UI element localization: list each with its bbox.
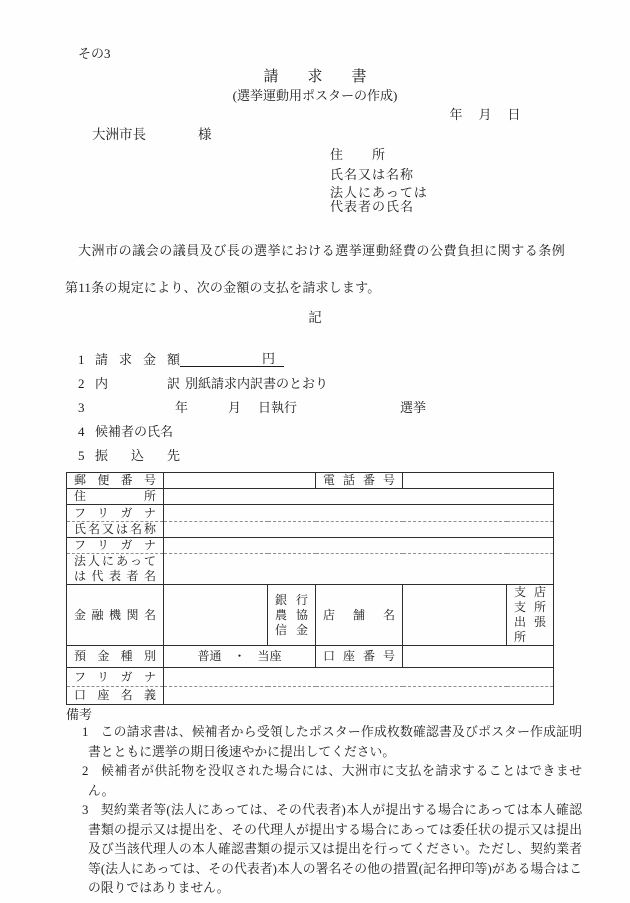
document-page: その3 請求書 (選挙運動用ポスターの作成) 年 月 日 大洲市長様 住 所 氏… <box>0 0 630 903</box>
item-breakdown: 2内訳別紙請求内訳書のとおり <box>78 376 565 391</box>
note-text: 契約業者等(法人にあっては、その代表者)本人が提出する場合にあっては本人確認書類… <box>88 803 582 895</box>
amount-blank-line: 円 <box>180 351 284 367</box>
corp-label-cell: 法人にあって は代表者名 <box>67 554 164 585</box>
page-label: その3 <box>78 46 565 62</box>
table-row-furigana-corp: フリガナ <box>67 538 554 554</box>
note-text: 候補者が供託物を没収された場合には、大洲市に支払を請求することはできません。 <box>88 764 582 798</box>
item-number: 3 <box>78 400 95 415</box>
remarks-title: 備考 <box>66 707 565 723</box>
sender-corp-label: 法人にあっては 代表者の氏名 <box>330 186 565 214</box>
table-row-address: 住所 <box>67 489 554 505</box>
branch-type-shisho: 支所 <box>514 600 546 615</box>
branch-label-cell: 店舗名 <box>316 585 403 646</box>
note-number: 3 <box>82 803 88 817</box>
table-row-postal-phone: 郵便番号 電話番号 <box>67 473 554 489</box>
account-no-label-cell: 口座番号 <box>316 646 403 668</box>
branch-type-cell: 支店 支所 出張所 <box>507 585 554 646</box>
addressee-name: 大洲市長 <box>92 127 146 142</box>
addressee-honorific: 様 <box>198 127 212 142</box>
address-label-cell: 住所 <box>67 489 164 505</box>
bank-name-value-cell <box>164 585 268 646</box>
bank-type-nokyo: 農協 <box>275 608 308 623</box>
account-name-value-cell <box>164 687 554 705</box>
remark-note-1: 1この請求書は、候補者から受領したポスター作成枚数確認書及びポスター作成証明書と… <box>82 723 582 762</box>
table-row-furigana-name: フリガナ <box>67 505 554 522</box>
furigana-label-cell: フリガナ <box>67 505 164 522</box>
table-row-furigana-account: フリガナ <box>67 668 554 687</box>
document-title: 請求書 <box>65 68 565 86</box>
document-subtitle: (選挙運動用ポスターの作成) <box>65 88 565 104</box>
phone-value-cell <box>403 473 554 489</box>
item-number: 2 <box>78 376 95 391</box>
address-value-cell <box>164 489 554 505</box>
item-breakdown-label: 内訳 <box>95 376 180 391</box>
item-election-date: 3年月日執行選挙 <box>78 400 565 415</box>
corp-label-line2: は代表者名 <box>74 569 156 584</box>
furigana-corp-label-cell: フリガナ <box>67 538 164 554</box>
phone-label-cell: 電話番号 <box>316 473 403 489</box>
bank-type-shinkin: 信金 <box>275 623 308 638</box>
remarks-section: 備考 1この請求書は、候補者から受領したポスター作成枚数確認書及びポスター作成証… <box>65 707 565 899</box>
item-breakdown-value: 別紙請求内訳書のとおり <box>185 376 328 391</box>
note-number: 1 <box>82 725 88 739</box>
item-transfer-label: 振込先 <box>95 448 180 463</box>
bank-label-cell: 金融機関名 <box>67 585 164 646</box>
sender-field-block: 住 所 氏名又は名称 法人にあっては 代表者の氏名 <box>330 146 565 214</box>
account-name-label-cell: 口座名義 <box>67 687 164 705</box>
sender-corp-label-line2: 代表者の氏名 <box>330 200 565 214</box>
bank-type-cell: 銀行 農協 信金 <box>268 585 316 646</box>
postal-value-cell <box>164 473 316 489</box>
item-amount: 1請求金額円 <box>78 351 565 367</box>
item-candidate: 4候補者の氏名 <box>78 424 565 439</box>
item-transfer: 5振込先 <box>78 448 565 463</box>
remark-note-2: 2候補者が供託物を没収された場合には、大洲市に支払を請求することはできません。 <box>82 762 582 801</box>
item-number: 5 <box>78 448 95 463</box>
table-row-name: 氏名又は名称 <box>67 522 554 538</box>
sender-address-label: 住 所 <box>330 146 565 163</box>
note-text: この請求書は、候補者から受領したポスター作成枚数確認書及びポスター作成証明書とと… <box>88 725 582 759</box>
postal-label-cell: 郵便番号 <box>67 473 164 489</box>
sender-name-label: 氏名又は名称 <box>330 166 565 183</box>
furigana-value-cell <box>164 505 554 522</box>
table-row-bank: 金融機関名 銀行 農協 信金 店舗名 支店 支所 出張所 <box>67 585 554 646</box>
corp-label-line1: 法人にあって <box>74 554 156 569</box>
corp-value-cell <box>164 554 554 585</box>
furigana2-label-cell: フリガナ <box>67 668 164 687</box>
body-paragraph: 大洲市の議会の議員及び長の選挙における選挙運動経費の公費負担に関する条例第11条… <box>65 232 565 306</box>
election-month-label: 月 <box>228 400 241 415</box>
item-amount-label: 請求金額 <box>95 352 180 367</box>
account-no-value-cell <box>403 646 554 668</box>
bank-type-bank: 銀行 <box>275 593 308 608</box>
item-candidate-label: 候補者の氏名 <box>95 424 173 439</box>
election-year-label: 年 <box>175 400 188 415</box>
branch-type-shiten: 支店 <box>514 585 546 600</box>
name-value-cell <box>164 522 554 538</box>
furigana-corp-value-cell <box>164 538 554 554</box>
addressee-line: 大洲市長様 <box>92 126 565 143</box>
item-number: 4 <box>78 424 95 439</box>
item-number: 1 <box>78 352 95 367</box>
election-day-label: 日執行 <box>258 400 297 415</box>
name-label-cell: 氏名又は名称 <box>67 522 164 538</box>
branch-name-value-cell <box>403 585 507 646</box>
ki-marker: 記 <box>65 310 565 326</box>
date-line: 年 月 日 <box>65 107 565 123</box>
table-row-corp-rep: 法人にあって は代表者名 <box>67 554 554 585</box>
sender-corp-label-line1: 法人にあっては <box>330 186 565 200</box>
deposit-label-cell: 預金種別 <box>67 646 164 668</box>
note-number: 2 <box>82 764 88 778</box>
item-list: 1請求金額円 2内訳別紙請求内訳書のとおり 3年月日執行選挙 4候補者の氏名 5… <box>65 351 565 463</box>
table-row-deposit: 預金種別 普通 ・ 当座 口座番号 <box>67 646 554 668</box>
election-label: 選挙 <box>400 400 426 415</box>
deposit-options-cell: 普通 ・ 当座 <box>164 646 316 668</box>
remark-note-3: 3契約業者等(法人にあっては、その代表者)本人が提出する場合にあっては本人確認書… <box>82 801 582 899</box>
furigana2-value-cell <box>164 668 554 687</box>
branch-type-shutchojo: 出張所 <box>514 615 546 645</box>
bank-transfer-table: 郵便番号 電話番号 住所 フリガナ 氏名又は名称 フリガナ 法人にあって は代表… <box>66 472 554 705</box>
table-row-account-name: 口座名義 <box>67 687 554 705</box>
